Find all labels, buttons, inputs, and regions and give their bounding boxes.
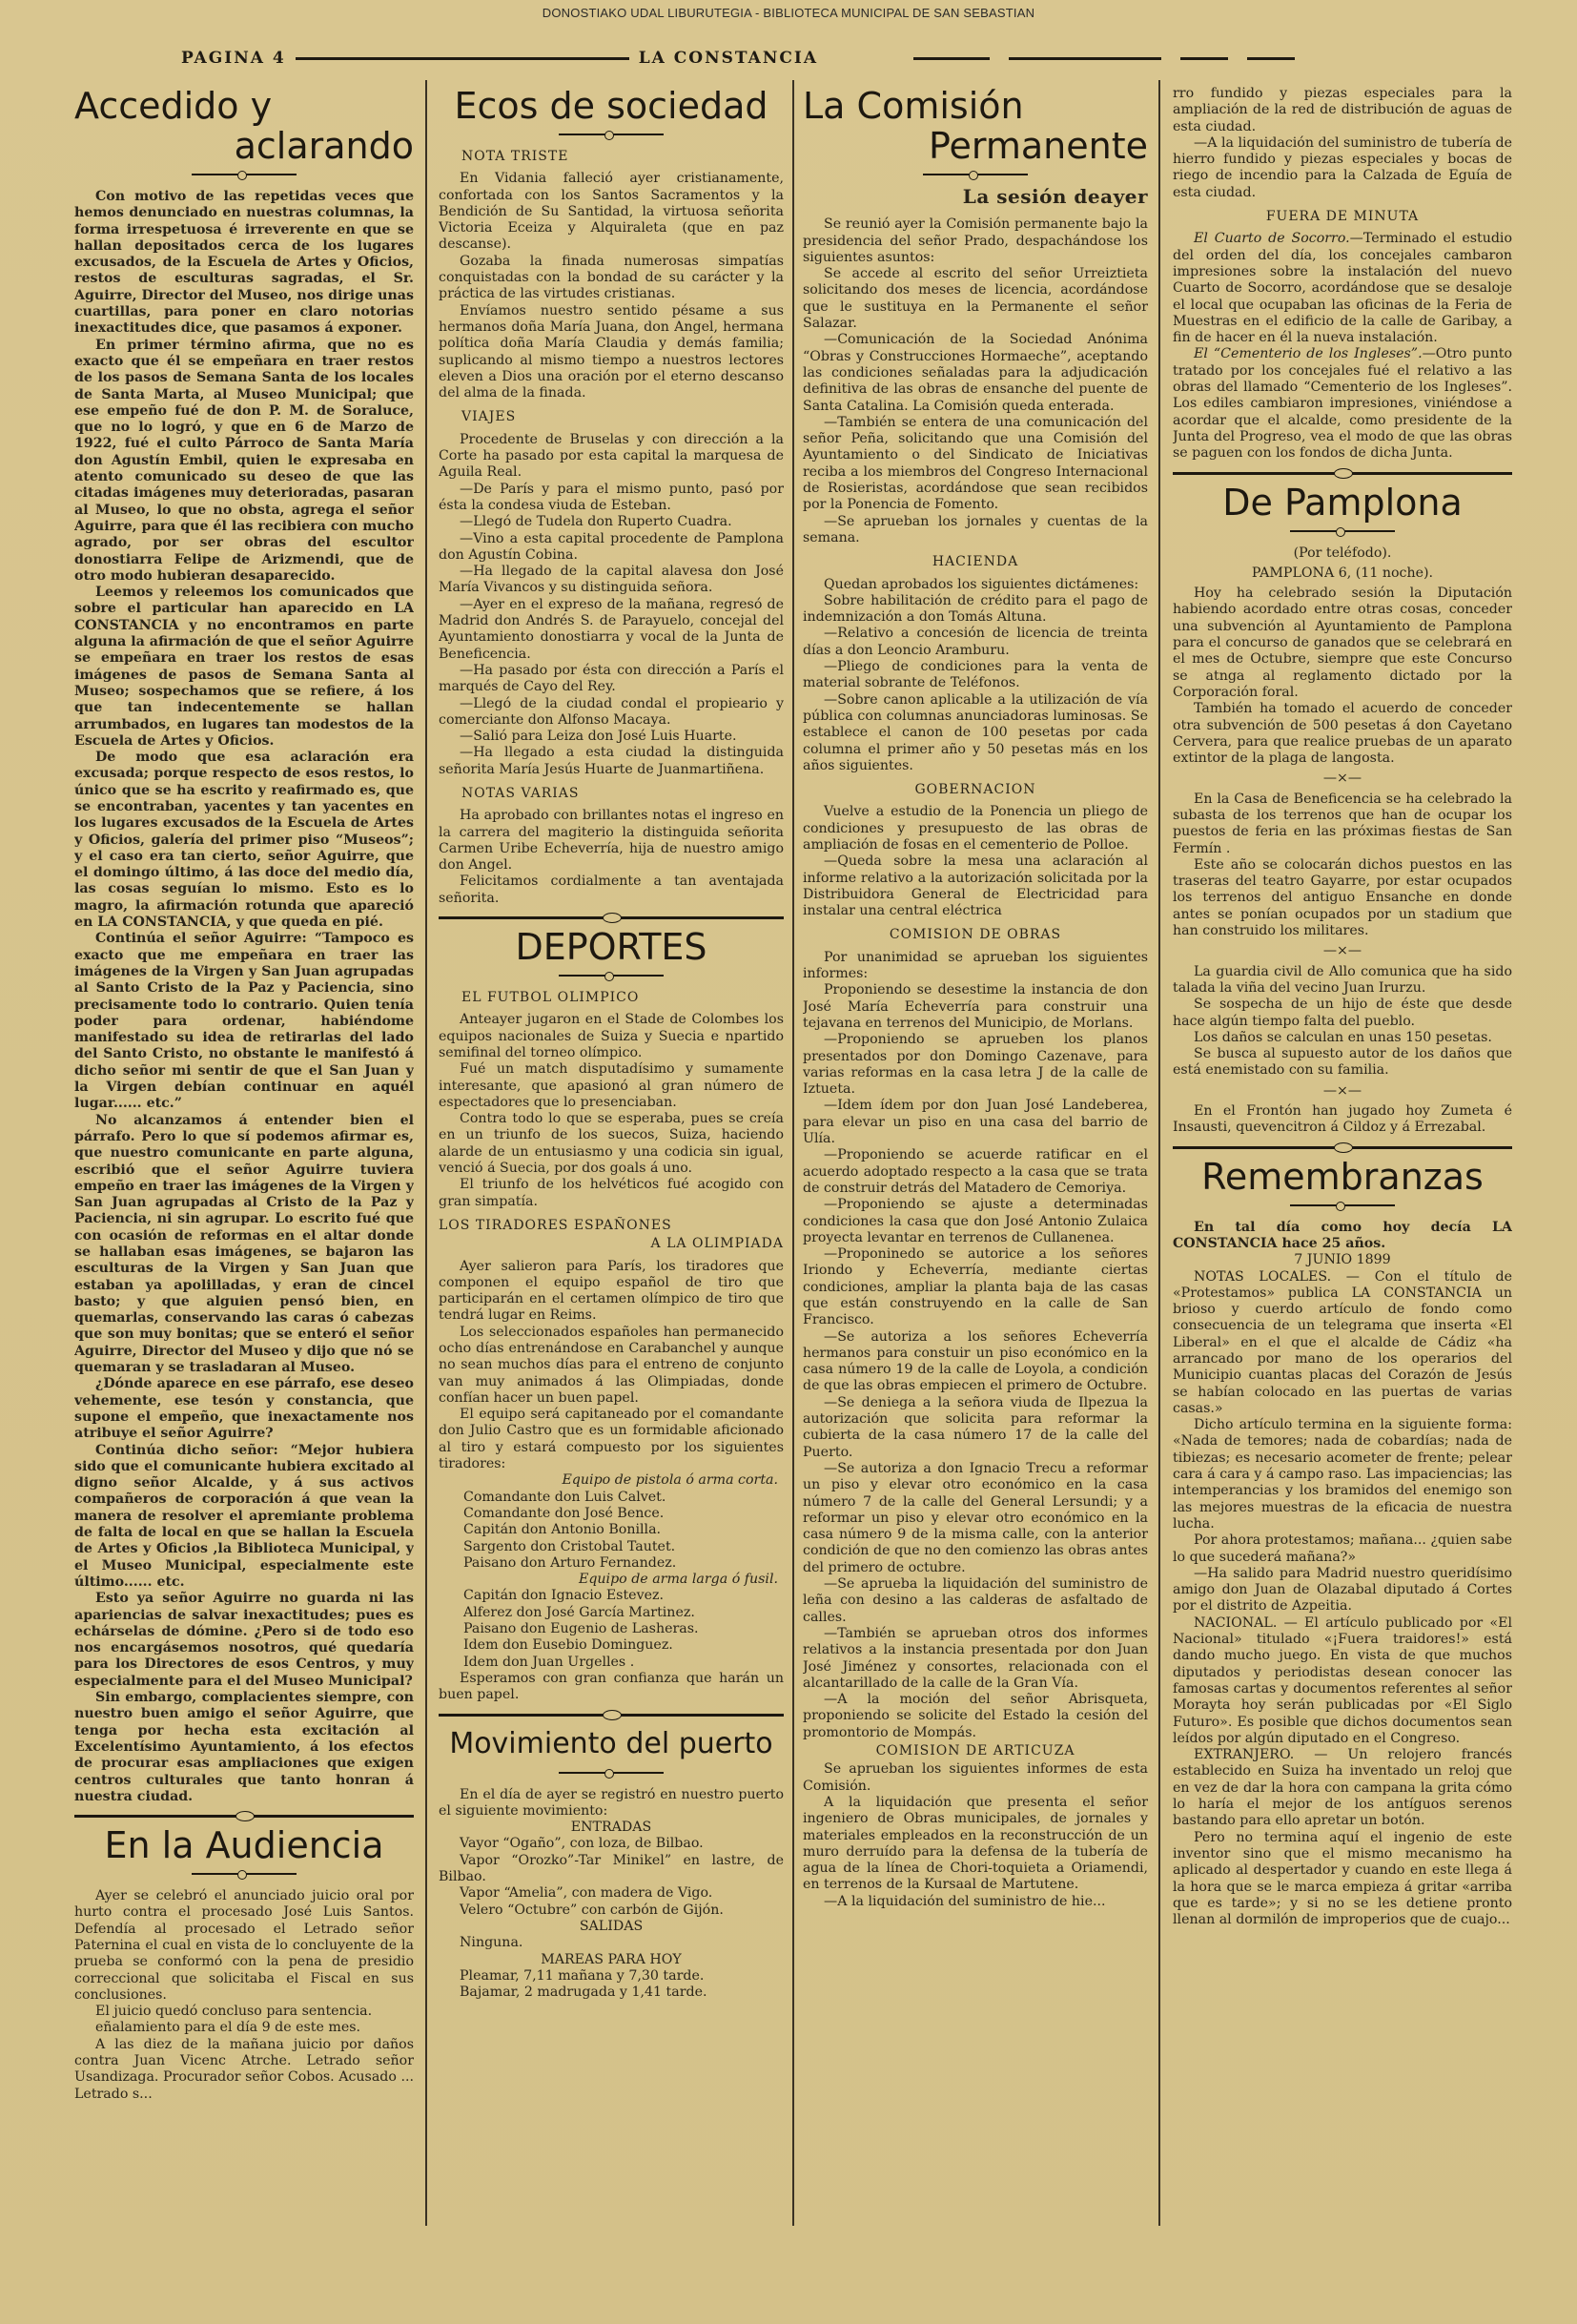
paragraph: También ha tomado el acuerdo de conceder… xyxy=(1173,701,1512,767)
article-body: La guardia civil de Allo comunica que ha… xyxy=(1173,964,1512,1080)
port-entry: Velero “Octubre” con carbón de Gijón. xyxy=(439,1902,784,1919)
paragraph: Contra todo lo que se esperaba, pues se … xyxy=(439,1111,784,1177)
article-body: Anteayer jugaron en el Stade de Colombes… xyxy=(439,1012,784,1210)
headline: Remembranzas xyxy=(1173,1157,1512,1197)
paragraph: —Salió para Leiza don José Luis Huarte. xyxy=(439,729,784,745)
article-body: En el Frontón han jugado hoy Zumeta é In… xyxy=(1173,1103,1512,1137)
paragraph: En el Frontón han jugado hoy Zumeta é In… xyxy=(1173,1103,1512,1137)
paragraph: Esto ya señor Aguirre no guarda ni las a… xyxy=(74,1591,414,1690)
paragraph: De modo que esa aclaración era excusada;… xyxy=(74,750,414,931)
article-body: Se reunió ayer la Comisión permanente ba… xyxy=(803,216,1148,546)
paragraph: La guardia civil de Allo comunica que ha… xyxy=(1173,964,1512,997)
masthead: PAGINA 4 LA CONSTANCIA xyxy=(181,46,1440,71)
paragraph: El equipo será capitaneado por el comand… xyxy=(439,1407,784,1472)
section-heading: COMISION DE ARTICUZA xyxy=(803,1743,1148,1759)
paragraph: Con motivo de las repetidas veces que he… xyxy=(74,189,414,338)
article-body: Vuelve a estudio de la Ponencia un plieg… xyxy=(803,804,1148,919)
headline: Permanente xyxy=(803,126,1148,166)
archive-watermark: DONOSTIAKO UDAL LIBURUTEGIA - BIBLIOTECA… xyxy=(0,6,1577,20)
dateline: PAMPLONA 6, (11 noche). xyxy=(1173,566,1512,582)
run-in-heading: El Cuarto de Socorro. xyxy=(1194,231,1350,246)
tide-entry: Bajamar, 2 madrugada y 1,41 tarde. xyxy=(439,1985,784,2001)
column-rule xyxy=(425,80,427,2226)
paragraph: Sobre habilitación de crédito para el pa… xyxy=(803,593,1148,627)
paragraph: En la Casa de Beneficencia se ha celebra… xyxy=(1173,792,1512,857)
article-body: Ha aprobado con brillantes notas el ingr… xyxy=(439,808,784,907)
paragraph-text: —Otro punto tratado por los concejales f… xyxy=(1173,346,1512,461)
paragraph: NOTAS LOCALES. — Con el título de «Prote… xyxy=(1173,1269,1512,1418)
section-heading: HACIENDA xyxy=(803,554,1148,570)
paragraph: Se reunió ayer la Comisión permanente ba… xyxy=(803,216,1148,266)
paragraph: Procedente de Bruselas y con dirección a… xyxy=(439,432,784,482)
paragraph: En Vidania falleció ayer cristianamente,… xyxy=(439,171,784,253)
headline: Movimiento del puerto xyxy=(439,1724,784,1764)
paragraph: Este año se colocarán dichos puestos en … xyxy=(1173,857,1512,939)
paragraph: Por unanimidad se aprueban los siguiente… xyxy=(803,950,1148,983)
paragraph: —Proponiendo se ajuste a determinadas co… xyxy=(803,1197,1148,1246)
column-1: Accedido y aclarando Con motivo de las r… xyxy=(74,86,414,2241)
paragraph: —A la liquidación del suministro de tube… xyxy=(1173,135,1512,201)
paragraph: Vuelve a estudio de la Ponencia un plieg… xyxy=(803,804,1148,854)
masthead-rule xyxy=(1247,57,1295,60)
paragraph: —Comunicación de la Sociedad Anónima “Ob… xyxy=(803,332,1148,414)
section-heading: VIAJES xyxy=(461,409,784,425)
port-entry: Vapor “Orozko”-Tar Minikel” en lastre, d… xyxy=(439,1853,784,1886)
paragraph: rro fundido y piezas especiales para la … xyxy=(1173,86,1512,135)
section-heading: LOS TIRADORES ESPAÑONES xyxy=(439,1218,784,1234)
paragraph: EXTRANJERO. — Un relojero francés establ… xyxy=(1173,1747,1512,1829)
section-heading: EL FUTBOL OLIMPICO xyxy=(461,990,784,1006)
section-heading: A LA OLIMPIADA xyxy=(461,1236,784,1252)
paragraph: —También se entera de una comunicación d… xyxy=(803,415,1148,514)
masthead-rule xyxy=(913,57,990,60)
ornament-divider xyxy=(559,975,664,977)
team-member: Comandante don José Bence. xyxy=(439,1506,784,1522)
team-heading: Equipo de arma larga ó fusil. xyxy=(439,1572,784,1588)
team-member: Capitán don Ignacio Estevez. xyxy=(439,1588,784,1604)
team-member: Idem don Eusebio Dominguez. xyxy=(439,1637,784,1654)
paragraph: —A la liquidación del suministro de hie.… xyxy=(803,1894,1148,1910)
paragraph: El juicio quedó concluso para sentencia. xyxy=(74,2004,414,2020)
paragraph: Fué un match disputadísimo y sumamente i… xyxy=(439,1061,784,1111)
paragraph: Se aprueban los siguientes informes de e… xyxy=(803,1761,1148,1795)
headline: La Comisión xyxy=(803,86,1148,126)
paragraph: Los seleccionados españoles han permanec… xyxy=(439,1325,784,1407)
paragraph: —Se aprueba la liquidación del suministr… xyxy=(803,1576,1148,1626)
paragraph: A la liquidación que presenta el señor i… xyxy=(803,1795,1148,1894)
article-audiencia: En la Audiencia Ayer se celebró el anunc… xyxy=(74,1825,414,2103)
article-body: Procedente de Bruselas y con dirección a… xyxy=(439,432,784,778)
paragraph: —También se aprueban otros dos informes … xyxy=(803,1626,1148,1692)
headline: Accedido y xyxy=(74,86,414,126)
headline: Ecos de sociedad xyxy=(439,86,784,126)
paragraph: Dicho artículo termina en la siguiente f… xyxy=(1173,1417,1512,1532)
section-heading: SALIDAS xyxy=(439,1919,784,1935)
paragraph: Por ahora protestamos; mañana... ¿quien … xyxy=(1173,1532,1512,1566)
paragraph: Gozaba la finada numerosas simpatías con… xyxy=(439,254,784,303)
paragraph: Continúa el señor Aguirre: “Tampoco es e… xyxy=(74,931,414,1112)
team-member: Sargento don Cristobal Tautet. xyxy=(439,1539,784,1555)
article-body: NOTAS LOCALES. — Con el título de «Prote… xyxy=(1173,1269,1512,1929)
headline: De Pamplona xyxy=(1173,483,1512,523)
newspaper-page: DONOSTIAKO UDAL LIBURUTEGIA - BIBLIOTECA… xyxy=(0,0,1577,2324)
article-body: Con motivo de las repetidas veces que he… xyxy=(74,189,414,1805)
run-in-heading: El “Cementerio de los Ingleses”. xyxy=(1194,346,1423,361)
article-body: Hoy ha celebrado sesión la Diputación ha… xyxy=(1173,586,1512,767)
paragraph: —Llegó de la ciudad condal el propieario… xyxy=(439,696,784,730)
section-divider xyxy=(1173,472,1512,475)
separator: —×— xyxy=(1173,1083,1512,1100)
paragraph: —Ha pasado por ésta con dirección a Parí… xyxy=(439,663,784,696)
paragraph: En el día de ayer se registró en nuestro… xyxy=(439,1787,784,1820)
dateline: 7 JUNIO 1899 xyxy=(1173,1252,1512,1268)
ornament-divider xyxy=(559,134,664,135)
paragraph: Ayer salieron para París, los tiradores … xyxy=(439,1259,784,1325)
section-heading: GOBERNACION xyxy=(803,782,1148,798)
masthead-rule xyxy=(296,57,629,60)
paragraph: NACIONAL. — El artículo publicado por «E… xyxy=(1173,1615,1512,1747)
paragraph: —Queda sobre la mesa una aclaración al i… xyxy=(803,854,1148,919)
paragraph: —Ha llegado a esta ciudad la distinguida… xyxy=(439,745,784,778)
paragraph: —Proponiendo se aprueben los planos pres… xyxy=(803,1032,1148,1098)
section-heading: NOTA TRISTE xyxy=(461,149,784,165)
column-2: Ecos de sociedad NOTA TRISTE En Vidania … xyxy=(439,86,784,2241)
paragraph: —Sobre canon aplicable a la utilización … xyxy=(803,692,1148,774)
section-heading: COMISION DE OBRAS xyxy=(803,927,1148,943)
paragraph: Anteayer jugaron en el Stade de Colombes… xyxy=(439,1012,784,1061)
paragraph: —Pliego de condiciones para la venta de … xyxy=(803,659,1148,692)
team-member: Idem don Juan Urgelles . xyxy=(439,1655,784,1671)
paragraph: —De París y para el mismo punto, pasó po… xyxy=(439,482,784,515)
article-body: rro fundido y piezas especiales para la … xyxy=(1173,86,1512,201)
paragraph: —Ha salido para Madrid nuestro queridísi… xyxy=(1173,1566,1512,1615)
paragraph: Pero no termina aquí el ingenio de este … xyxy=(1173,1830,1512,1929)
paragraph: ¿Dónde aparece en ese párrafo, ese deseo… xyxy=(74,1376,414,1442)
team-member: Paisano don Arturo Fernandez. xyxy=(439,1555,784,1572)
paragraph: —Vino a esta capital procedente de Pampl… xyxy=(439,531,784,565)
team-member: Capitán don Antonio Bonilla. xyxy=(439,1522,784,1538)
section-heading: MAREAS PARA HOY xyxy=(439,1952,784,1968)
paragraph: Ha aprobado con brillantes notas el ingr… xyxy=(439,808,784,874)
paragraph: Se sospecha de un hijo de éste que desde… xyxy=(1173,997,1512,1030)
ornament-divider xyxy=(192,174,297,175)
separator: —×— xyxy=(1173,771,1512,787)
paragraph: Envíamos nuestro sentido pésame a sus he… xyxy=(439,303,784,402)
byline: (Por teléfodo). xyxy=(1173,545,1512,562)
article-subtitle: La sesión deayer xyxy=(803,189,1148,205)
paragraph: —Ayer en el expreso de la mañana, regres… xyxy=(439,597,784,663)
headline: aclarando xyxy=(74,126,414,166)
paragraph: Esperamos con gran confianza que harán u… xyxy=(439,1671,784,1704)
section-heading: FUERA DE MINUTA xyxy=(1173,209,1512,225)
paragraph: Felicitamos cordialmente a tan aventajad… xyxy=(439,874,784,907)
paragraph: —Se deniega a la señora viuda de Ilpezua… xyxy=(803,1395,1148,1461)
ornament-divider xyxy=(559,1772,664,1774)
paragraph: —Ha llegado de la capital alavesa don Jo… xyxy=(439,564,784,597)
ornament-divider xyxy=(192,1873,297,1875)
masthead-rule xyxy=(1180,57,1228,60)
ornament-divider xyxy=(1290,1204,1395,1206)
article-accedido: Accedido y aclarando Con motivo de las r… xyxy=(74,86,414,1805)
paragraph: A las diez de la mañana juicio por daños… xyxy=(74,2037,414,2103)
paragraph: —Proponiendo se acuerde ratificar en el … xyxy=(803,1147,1148,1197)
section-heading: ENTRADAS xyxy=(439,1820,784,1836)
team-member: Paisano don Eugenio de Lasheras. xyxy=(439,1621,784,1637)
paragraph: —Se autoriza a los señores Echeverría he… xyxy=(803,1329,1148,1395)
headline: En la Audiencia xyxy=(74,1825,414,1865)
paragraph: —Relativo a concesión de licencia de tre… xyxy=(803,626,1148,659)
team-member: Alferez don José García Martinez. xyxy=(439,1605,784,1621)
paragraph: —Llegó de Tudela don Ruperto Cuadra. xyxy=(439,514,784,530)
tide-entry: Pleamar, 7,11 mañana y 7,30 tarde. xyxy=(439,1968,784,1985)
column-rule xyxy=(792,80,794,2226)
paragraph: En tal día como hoy decía LA CONSTANCIA … xyxy=(1173,1220,1512,1253)
paragraph: El Cuarto de Socorro.—Terminado el estud… xyxy=(1173,231,1512,346)
paragraph: —Idem ídem por don Juan José Landeberea,… xyxy=(803,1098,1148,1147)
team-heading: Equipo de pistola ó arma corta. xyxy=(439,1472,784,1489)
article-body: Por unanimidad se aprueban los siguiente… xyxy=(803,950,1148,1741)
section-divider xyxy=(439,1714,784,1717)
section-divider xyxy=(74,1815,414,1818)
article-body: En la Casa de Beneficencia se ha celebra… xyxy=(1173,792,1512,940)
paragraph: Sin embargo, complacientes siempre, con … xyxy=(74,1690,414,1805)
paragraph: Se busca al supuesto autor de los daños … xyxy=(1173,1046,1512,1080)
separator: —×— xyxy=(1173,943,1512,959)
paragraph-text: —Terminado el estudio del orden del día,… xyxy=(1173,231,1512,345)
paragraph: El “Cementerio de los Ingleses”.—Otro pu… xyxy=(1173,346,1512,462)
paragraph: Ayer se celebró el anunciado juicio oral… xyxy=(74,1888,414,2004)
paragraph: Leemos y releemos los comunicados que so… xyxy=(74,585,414,750)
article-body: Quedan aprobados los siguientes dictámen… xyxy=(803,577,1148,775)
ornament-divider xyxy=(1290,530,1395,532)
column-rule xyxy=(1158,80,1160,2226)
port-entry: Ninguna. xyxy=(439,1935,784,1951)
paragraph: —Se autoriza a don Ignacio Trecu a refor… xyxy=(803,1461,1148,1576)
team-member: Comandante don Luis Calvet. xyxy=(439,1490,784,1506)
paragraph: No alcanzamos á entender bien el párrafo… xyxy=(74,1113,414,1377)
section-divider xyxy=(1173,1146,1512,1149)
column-4: rro fundido y piezas especiales para la … xyxy=(1173,86,1512,2241)
section-heading: NOTAS VARIAS xyxy=(461,786,784,802)
section-divider xyxy=(439,916,784,919)
article-body: Ayer se celebró el anunciado juicio oral… xyxy=(74,1888,414,2103)
paragraph: El triunfo de los helvéticos fué acogido… xyxy=(439,1177,784,1210)
paragraph: Continúa dicho señor: “Mejor hubiera sid… xyxy=(74,1443,414,1592)
article-body: Ayer salieron para París, los tiradores … xyxy=(439,1259,784,1704)
paragraph: En primer término afirma, que no es exac… xyxy=(74,338,414,585)
headline: DEPORTES xyxy=(439,927,784,967)
newspaper-name: LA CONSTANCIA xyxy=(639,49,818,68)
port-entry: Vapor “Amelia”, con madera de Vigo. xyxy=(439,1885,784,1902)
paragraph: —A la moción del señor Abrisqueta, propo… xyxy=(803,1692,1148,1741)
paragraph: Proponiendo se desestime la instancia de… xyxy=(803,982,1148,1032)
paragraph: —Se aprueban los jornales y cuentas de l… xyxy=(803,514,1148,547)
port-entry: Vayor “Ogaño”, con loza, de Bilbao. xyxy=(439,1836,784,1852)
paragraph: —Proponinedo se autorice a los señores I… xyxy=(803,1246,1148,1328)
ornament-divider xyxy=(923,174,1028,175)
paragraph: Hoy ha celebrado sesión la Diputación ha… xyxy=(1173,586,1512,701)
page-number: PAGINA 4 xyxy=(181,49,286,68)
article-body: En Vidania falleció ayer cristianamente,… xyxy=(439,171,784,401)
paragraph: Se accede al escrito del señor Urreiztie… xyxy=(803,266,1148,332)
paragraph: eñalamiento para el día 9 de este mes. xyxy=(74,2020,414,2036)
paragraph: Los daños se calculan en unas 150 peseta… xyxy=(1173,1030,1512,1046)
column-3: La Comisión Permanente La sesión deayer … xyxy=(803,86,1148,2241)
masthead-rule xyxy=(1009,57,1161,60)
article-body: En el día de ayer se registró en nuestro… xyxy=(439,1787,784,2002)
article-body: Se aprueban los siguientes informes de e… xyxy=(803,1761,1148,1910)
paragraph: Quedan aprobados los siguientes dictámen… xyxy=(803,577,1148,593)
